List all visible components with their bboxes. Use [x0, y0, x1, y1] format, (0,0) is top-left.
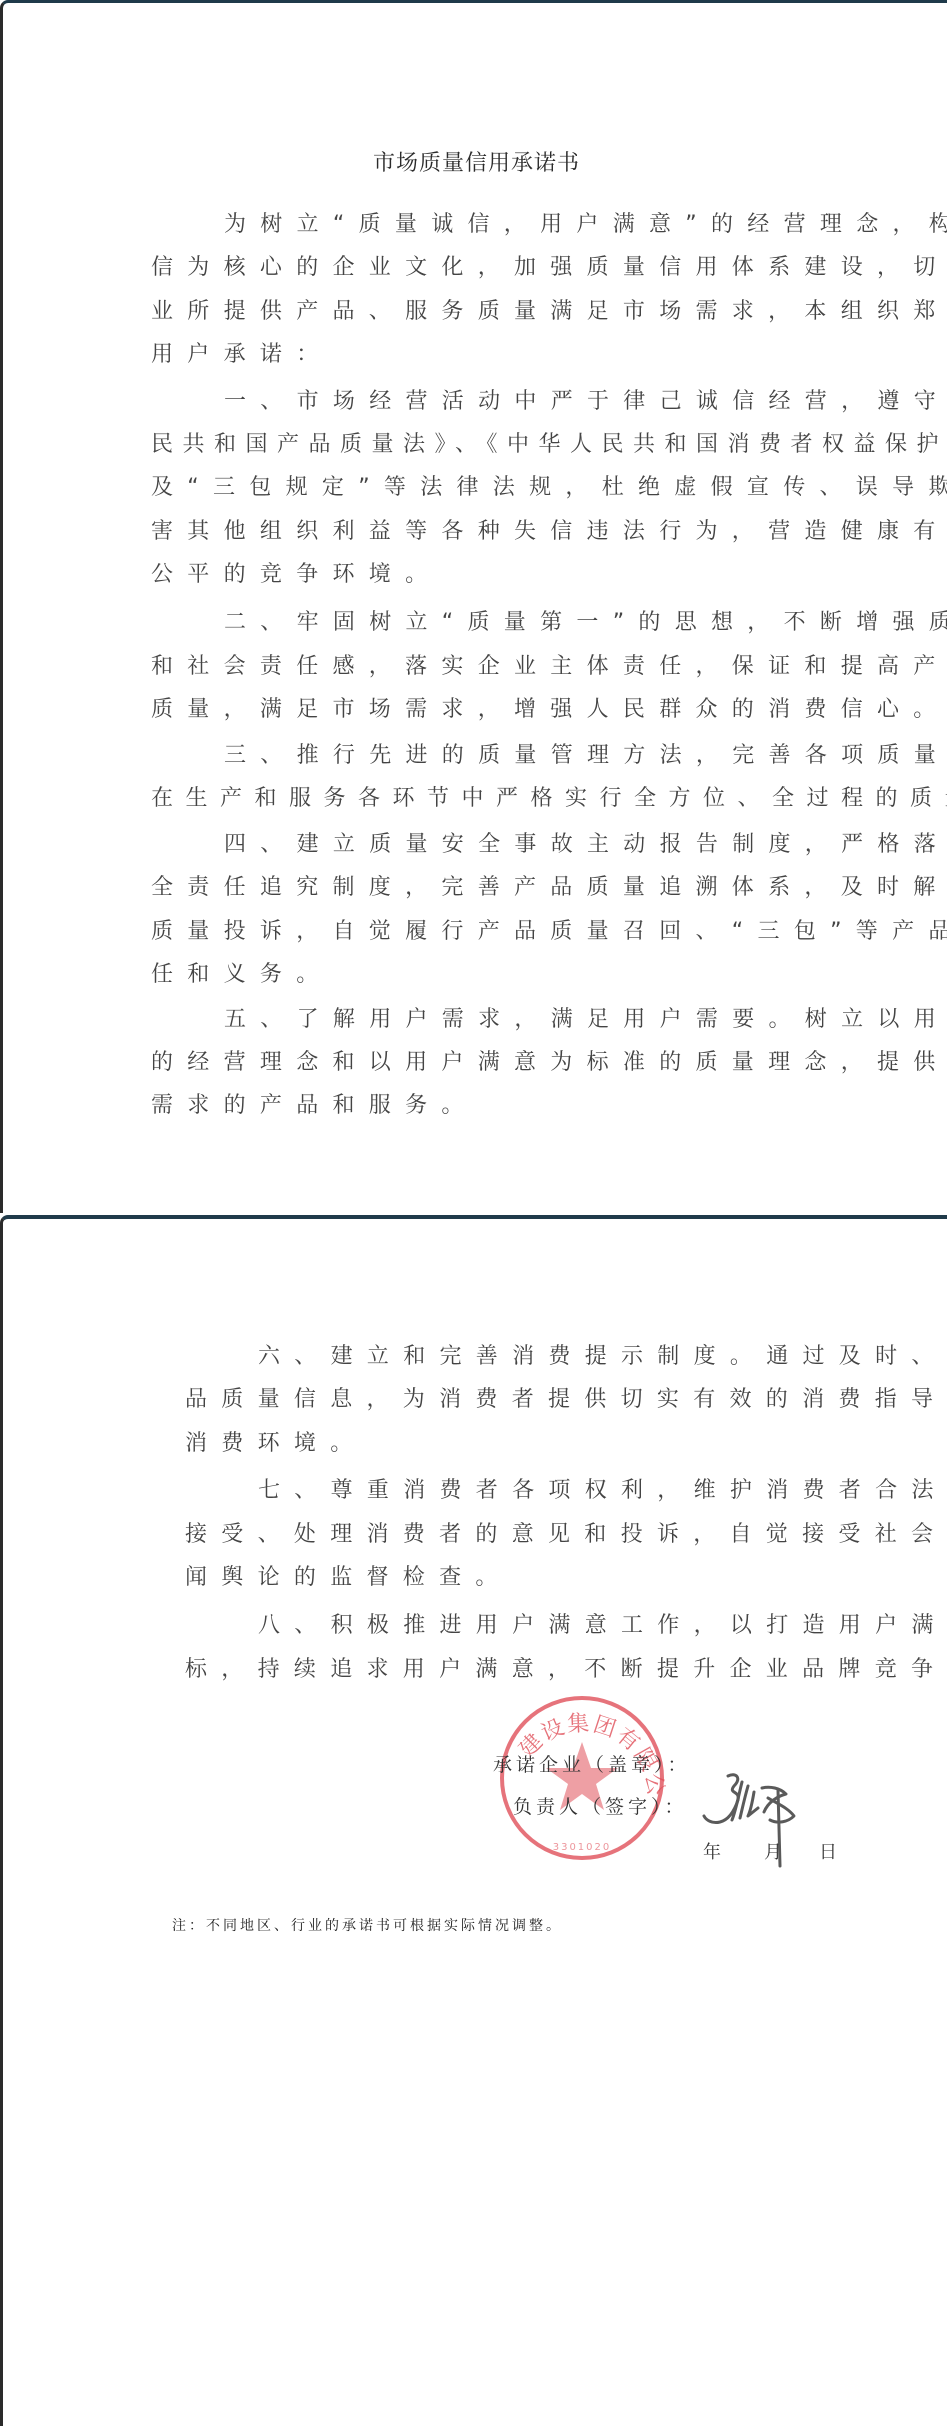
footnote: 注：不同地区、行业的承诺书可根据实际情况调整。	[172, 1915, 563, 1935]
commitment-5-line: 需求的产品和服务。	[151, 1091, 478, 1121]
commitment-7-line: 闻舆论的监督检查。	[185, 1563, 512, 1593]
document-title: 市场质量信用承诺书	[3, 146, 947, 177]
commitment-2-line: 和社会责任感，落实企业主体责任，保证和提高产品、服务	[151, 652, 947, 682]
commitment-7-line: 接受、处理消费者的意见和投诉，自觉接受社会、群众、新	[185, 1520, 947, 1550]
date-year-label: 年	[703, 1838, 721, 1864]
document-page-1: 市场质量信用承诺书 为树立“质量诚信，用户满意”的经营理念，构建以诚 信为核心的…	[0, 0, 947, 1213]
responsible-person-label: 负责人（签字）：	[513, 1792, 688, 1819]
company-seal-stamp: 建设集团有限公司 3301020	[490, 1690, 670, 1865]
date-day-label: 日	[819, 1838, 837, 1864]
commitment-6-line: 消费环境。	[185, 1429, 367, 1459]
intro-line: 信为核心的企业文化，加强质量信用体系建设，切实保证企	[151, 253, 947, 283]
commitment-1-line: 公平的竞争环境。	[151, 560, 441, 590]
commitment-3-line: 三、推行先进的质量管理方法，完善各项质量管理体系，	[224, 741, 947, 771]
commitment-2-line: 质量，满足市场需求，增强人民群众的消费信心。	[151, 695, 947, 725]
intro-line: 为树立“质量诚信，用户满意”的经营理念，构建以诚	[224, 210, 947, 240]
commitment-1-line: 害其他组织利益等各种失信违法行为，营造健康有序、守信	[151, 517, 947, 547]
company-seal-label: 承诺企业（盖章）：	[493, 1750, 691, 1777]
commitment-3-line: 在生产和服务各环节中严格实行全方位、全过程的质量控制。	[151, 784, 947, 814]
commitment-8-line: 标，持续追求用户满意，不断提升企业品牌竞争力。	[185, 1655, 947, 1685]
commitment-5-line: 五、了解用户需求，满足用户需要。树立以用户为中心	[224, 1005, 947, 1035]
commitment-1-line: 民共和国产品质量法》、《中华人民共和国消费者权益保护法》	[151, 430, 947, 460]
commitment-7-line: 七、尊重消费者各项权利，维护消费者合法权益。认真	[258, 1476, 947, 1506]
commitment-8-line: 八、积极推进用户满意工作，以打造用户满意企业为目	[258, 1611, 947, 1641]
intro-line: 业所提供产品、服务质量满足市场需求，本组织郑重向广大	[151, 297, 947, 327]
commitment-2-line: 二、牢固树立“质量第一”的思想，不断增强质量意识	[224, 608, 947, 638]
commitment-6-line: 六、建立和完善消费提示制度。通过及时、全面整合产	[258, 1342, 947, 1372]
commitment-4-line: 质量投诉，自觉履行产品质量召回、“三包”等产品质量责	[151, 917, 947, 947]
commitment-1-line: 及“三包规定”等法律法规，杜绝虚假宣传、误导欺诈、侵	[151, 473, 947, 503]
date-month-label: 月	[764, 1838, 782, 1864]
commitment-4-line: 任和义务。	[151, 960, 333, 990]
commitment-4-line: 全责任追究制度，完善产品质量追溯体系，及时解决消费者	[151, 873, 947, 903]
seal-number: 3301020	[553, 1842, 612, 1853]
commitment-6-line: 品质量信息，为消费者提供切实有效的消费指导，营造放心	[185, 1385, 947, 1415]
commitment-5-line: 的经营理念和以用户满意为标准的质量理念，提供基于用户	[151, 1048, 947, 1078]
commitment-4-line: 四、建立质量安全事故主动报告制度，严格落实质量安	[224, 830, 947, 860]
intro-line: 用户承诺：	[151, 340, 333, 370]
commitment-1-line: 一、市场经营活动中严于律己诚信经营，遵守《中华人	[224, 387, 947, 417]
